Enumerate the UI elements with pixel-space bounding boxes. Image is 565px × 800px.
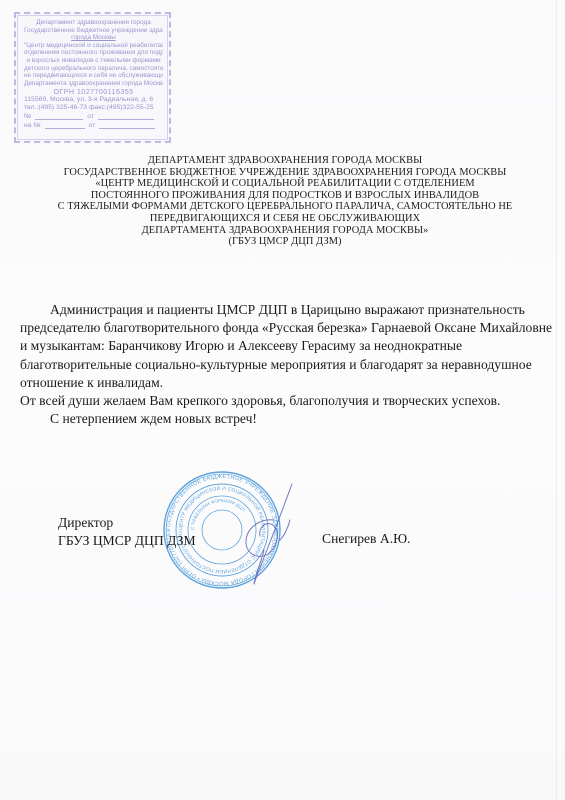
stamp-ref-field: на № от xyxy=(24,120,163,129)
stamp-phones: тел.:(495) 325-46-73 факс:(495)322-55-25 xyxy=(24,104,163,112)
header-line: ПЕРЕДВИГАЮЩИХСЯ И СЕБЯ НЕ ОБСЛУЖИВАЮЩИХ xyxy=(20,213,550,225)
stamp-ref-label: на № xyxy=(24,122,41,130)
header-line: «ЦЕНТР МЕДИЦИНСКОЙ И СОЦИАЛЬНОЙ РЕАБИЛИТ… xyxy=(20,178,550,190)
body-line: благотворительные социально-культурные м… xyxy=(20,356,550,374)
stamp-ogrn: ОГРН 1027700116355 xyxy=(24,88,163,96)
stamp-line: Департамента здравоохранения города Моск… xyxy=(24,80,163,88)
header-line: ДЕПАРТАМЕНТ ЗДРАВООХРАНЕНИЯ ГОРОДА МОСКВ… xyxy=(20,155,550,167)
stamp-ref-date-label: от xyxy=(89,122,96,130)
body-closing-line: С нетерпением ждем новых встреч! xyxy=(20,410,550,428)
header-line: ПОСТОЯННОГО ПРОЖИВАНИЯ ДЛЯ ПОДРОСТКОВ И … xyxy=(20,190,550,202)
stamp-line: Департамент здравоохранения города xyxy=(24,19,163,27)
signatory-name: Снегирев А.Ю. xyxy=(322,530,410,548)
stamp-line: "Центр медицинской и социальной реабилит… xyxy=(24,42,163,50)
stamp-address: 115569, Москва, ул. 3-я Радиальная, д. 6 xyxy=(24,96,163,104)
body-line: отношение к инвалидам. xyxy=(20,374,550,392)
stamp-date-blank xyxy=(98,113,154,120)
stamp-number-blank xyxy=(35,113,83,120)
seal-core-text: С ТЯЖЕЛЫМИ ФОРМАМИ ДЦП xyxy=(190,498,246,530)
organization-header: ДЕПАРТАМЕНТ ЗДРАВООХРАНЕНИЯ ГОРОДА МОСКВ… xyxy=(20,155,550,248)
stamp-ref-date-blank xyxy=(99,122,155,129)
stamp-ref-blank xyxy=(45,122,85,129)
stamp-date-label: от xyxy=(87,113,94,121)
body-line: Администрация и пациенты ЦМСР ДЦП в Цари… xyxy=(20,301,550,319)
handwritten-signature-icon xyxy=(240,480,300,590)
stamp-line: города Москвы xyxy=(24,34,163,42)
body-line: председателю благотворительного фонда «Р… xyxy=(20,319,550,337)
stamp-line: и взрослых инвалидов с тяжелыми формами xyxy=(24,57,163,65)
registration-stamp: Департамент здравоохранения города Госуд… xyxy=(14,12,171,143)
page-edge xyxy=(556,0,557,800)
header-line: ГОСУДАРСТВЕННОЕ БЮДЖЕТНОЕ УЧРЕЖДЕНИЕ ЗДР… xyxy=(20,167,550,179)
document-page: Департамент здравоохранения города Госуд… xyxy=(0,0,565,800)
signatory-title: Директор xyxy=(58,514,113,532)
stamp-line: детского церебрального паралича, самосто… xyxy=(24,65,163,73)
body-line: и музыкантам: Баранчикову Игорю и Алексе… xyxy=(20,337,550,355)
stamp-line: не передвигающихся и себя не обслуживающ… xyxy=(24,72,163,80)
svg-text:С ТЯЖЕЛЫМИ ФОРМАМИ ДЦП: С ТЯЖЕЛЫМИ ФОРМАМИ ДЦП xyxy=(190,498,246,530)
body-line: От всей души желаем Вам крепкого здоровь… xyxy=(20,392,550,410)
signatory-organization: ГБУЗ ЦМСР ДЦП ДЗМ xyxy=(58,532,196,550)
letter-body: Администрация и пациенты ЦМСР ДЦП в Цари… xyxy=(20,301,550,428)
stamp-line: Государственное бюджетное учреждение здр… xyxy=(24,27,163,35)
stamp-number-label: № xyxy=(24,113,31,121)
header-abbreviation: (ГБУЗ ЦМСР ДЦП ДЗМ) xyxy=(20,236,550,248)
header-line: С ТЯЖЕЛЫМИ ФОРМАМИ ДЕТСКОГО ЦЕРЕБРАЛЬНОГ… xyxy=(20,201,550,213)
header-line: ДЕПАРТАМЕНТА ЗДРАВООХРАНЕНИЯ ГОРОДА МОСК… xyxy=(20,225,550,237)
stamp-number-field: № от xyxy=(24,111,163,120)
stamp-line: отделением постоянного проживания для по… xyxy=(24,49,163,57)
